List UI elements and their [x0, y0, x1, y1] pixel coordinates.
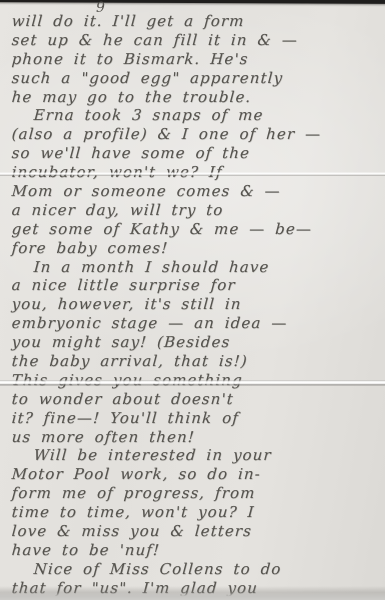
handwritten-line: get some of Kathy & me — be—	[11, 220, 378, 239]
handwritten-line: will do it. I'll get a form	[11, 12, 378, 31]
handwritten-line: a nicer day, will try to	[11, 201, 378, 220]
handwritten-line: fore baby comes!	[11, 239, 378, 258]
handwritten-line: you, however, it's still in	[11, 295, 378, 314]
handwritten-line: it? fine—! You'll think of	[11, 409, 378, 428]
handwritten-line: love & miss you & letters	[11, 522, 378, 541]
handwritten-line: (also a profile) & I one of her —	[11, 125, 378, 144]
handwritten-line: such a "good egg" apparently	[11, 69, 378, 88]
handwritten-line: the baby arrival, that is!)	[11, 352, 378, 371]
handwritten-line: Erna took 3 snaps of me	[11, 106, 378, 125]
handwritten-line: set up & he can fill it in & —	[11, 31, 378, 50]
scan-edge-top	[0, 0, 385, 4]
handwritten-line: have to be 'nuf!	[11, 541, 378, 560]
paper-bottom-shadow	[0, 586, 385, 600]
fold-crease-bottom	[0, 380, 385, 386]
handwritten-line: Motor Pool work, so do in-	[11, 465, 378, 484]
letter-body: will do it. I'll get a form set up & he …	[11, 12, 377, 598]
handwritten-line: us more often then!	[11, 428, 378, 447]
handwritten-line: you might say! (Besides	[11, 333, 378, 352]
handwritten-line: he may go to the trouble.	[11, 88, 378, 107]
handwritten-line: to wonder about doesn't	[11, 390, 378, 409]
handwritten-line: a nice little surprise for	[11, 276, 378, 295]
handwritten-line: phone it to Bismark. He's	[11, 50, 378, 69]
scanned-letter-page: 9 will do it. I'll get a form set up & h…	[0, 0, 385, 600]
handwritten-line: embryonic stage — an idea —	[11, 314, 378, 333]
handwritten-line: In a month I should have	[11, 258, 378, 277]
handwritten-line: so we'll have some of the	[11, 144, 378, 163]
handwritten-line: Will be interested in your	[11, 446, 378, 465]
handwritten-line: form me of progress, from	[11, 484, 378, 503]
handwritten-line: Nice of Miss Collens to do	[11, 560, 378, 579]
handwritten-line: time to time, won't you? I	[11, 503, 378, 522]
handwritten-line: Mom or someone comes & —	[11, 182, 378, 201]
fold-crease-top	[0, 172, 385, 176]
